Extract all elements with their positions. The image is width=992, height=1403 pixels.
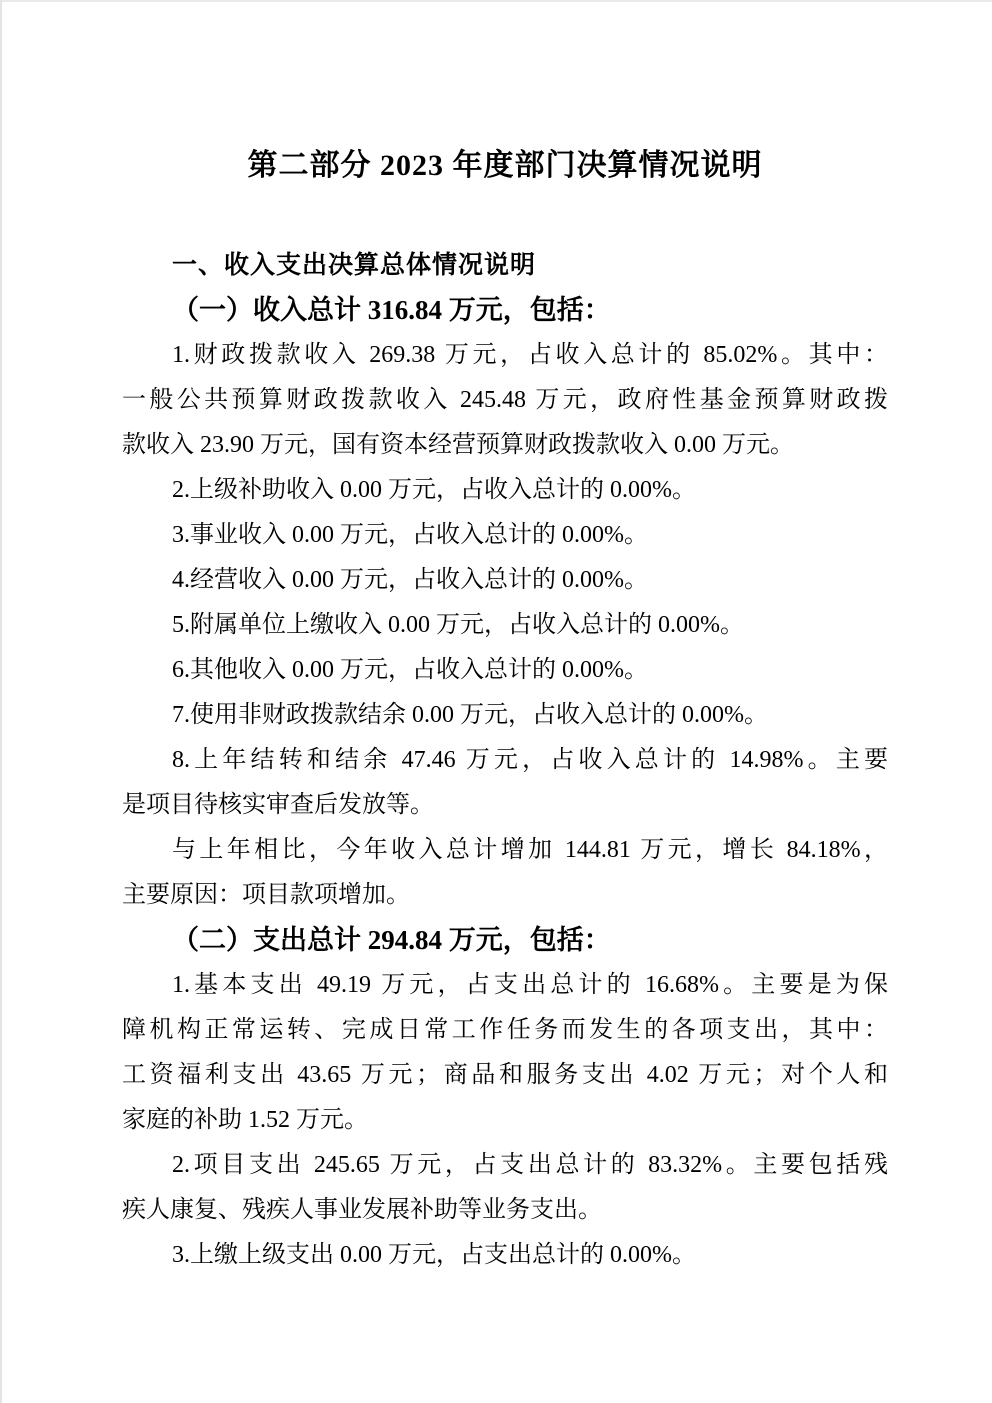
text-line: 款收入 23.90 万元，国有资本经营预算财政拨款收入 0.00 万元。 bbox=[122, 423, 888, 468]
text-line: 2.上级补助收入 0.00 万元，占收入总计的 0.00%。 bbox=[122, 468, 888, 513]
text-line: 家庭的补助 1.52 万元。 bbox=[122, 1098, 888, 1143]
text-line: 6.其他收入 0.00 万元，占收入总计的 0.00%。 bbox=[122, 648, 888, 693]
text-line: 主要原因：项目款项增加。 bbox=[122, 873, 888, 918]
document-title: 第二部分 2023 年度部门决算情况说明 bbox=[122, 142, 888, 190]
text-line: 障机构正常运转、完成日常工作任务而发生的各项支出，其中： bbox=[122, 1008, 888, 1053]
text-line: 是项目待核实审查后发放等。 bbox=[122, 783, 888, 828]
text-line: 2.项目支出 245.65 万元，占支出总计的 83.32%。主要包括残 bbox=[122, 1143, 888, 1188]
text-line: 与上年相比，今年收入总计增加 144.81 万元，增长 84.18%， bbox=[122, 828, 888, 873]
text-line: 3.上缴上级支出 0.00 万元，占支出总计的 0.00%。 bbox=[122, 1233, 888, 1278]
text-line: 3.事业收入 0.00 万元，占收入总计的 0.00%。 bbox=[122, 513, 888, 558]
text-line: 疾人康复、残疾人事业发展补助等业务支出。 bbox=[122, 1188, 888, 1233]
text-line: 1.财政拨款收入 269.38 万元，占收入总计的 85.02%。其中： bbox=[122, 333, 888, 378]
text-line: 4.经营收入 0.00 万元，占收入总计的 0.00%。 bbox=[122, 558, 888, 603]
document-page: 第二部分 2023 年度部门决算情况说明 一、收入支出决算总体情况说明 （一）收… bbox=[0, 0, 992, 1403]
income-total-heading: （一）收入总计 316.84 万元，包括： bbox=[122, 288, 888, 333]
overview-heading: 一、收入支出决算总体情况说明 bbox=[122, 243, 888, 288]
text-line: 5.附属单位上缴收入 0.00 万元，占收入总计的 0.00%。 bbox=[122, 603, 888, 648]
text-line: 8.上年结转和结余 47.46 万元，占收入总计的 14.98%。主要 bbox=[122, 738, 888, 783]
text-line: 一般公共预算财政拨款收入 245.48 万元，政府性基金预算财政拨 bbox=[122, 378, 888, 423]
expenditure-total-heading: （二）支出总计 294.84 万元，包括： bbox=[122, 918, 888, 963]
text-line: 工资福利支出 43.65 万元；商品和服务支出 4.02 万元；对个人和 bbox=[122, 1053, 888, 1098]
text-line: 7.使用非财政拨款结余 0.00 万元，占收入总计的 0.00%。 bbox=[122, 693, 888, 738]
text-line: 1.基本支出 49.19 万元，占支出总计的 16.68%。主要是为保 bbox=[122, 963, 888, 1008]
